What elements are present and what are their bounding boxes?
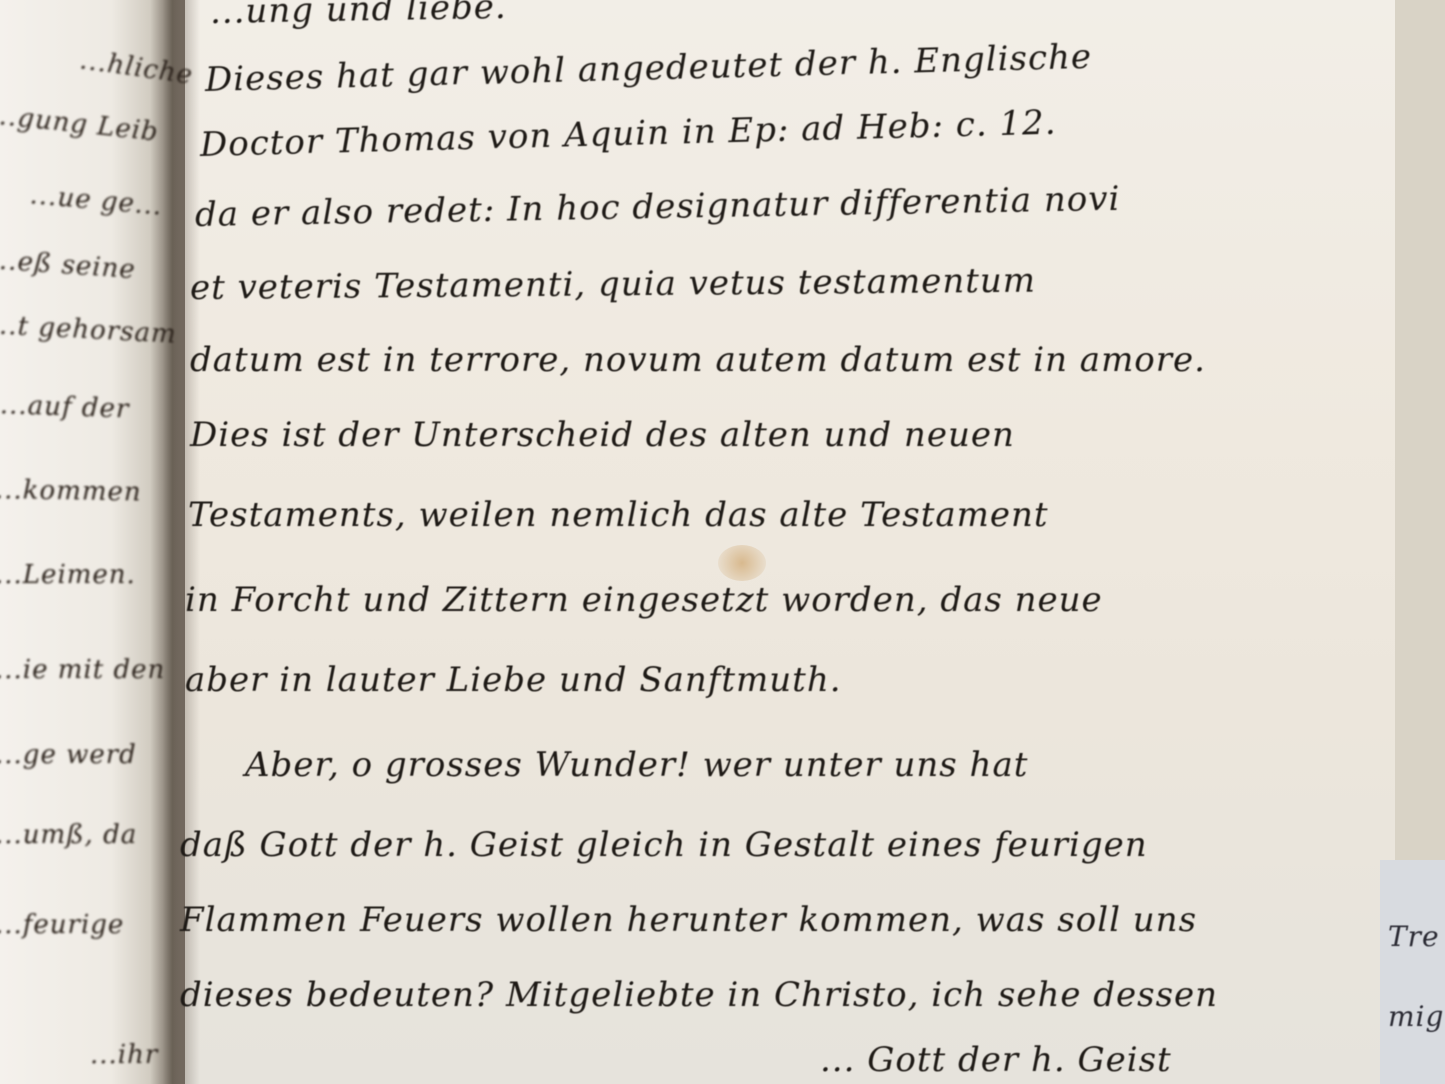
- left-page-line: ...kommen: [0, 475, 142, 508]
- manuscript-line: Dies ist der Unterscheid des alten und n…: [190, 415, 1015, 455]
- manuscript-line: et veteris Testamenti, quia vetus testam…: [190, 261, 1036, 308]
- manuscript-line: dieses bedeuten? Mitgeliebte in Christo,…: [180, 975, 1218, 1015]
- left-page-line: ...feurige: [0, 910, 124, 940]
- manuscript-line: Aber, o grosses Wunder! wer unter uns ha…: [245, 745, 1028, 785]
- left-page-line: ...ie mit den: [0, 655, 165, 685]
- ink-stain: [718, 545, 766, 581]
- next-page-line: mig: [1388, 1000, 1444, 1033]
- left-page-line: ...Leimen.: [0, 560, 136, 590]
- manuscript-line: Testaments, weilen nemlich das alte Test…: [188, 495, 1049, 535]
- manuscript-line: daß Gott der h. Geist gleich in Gestalt …: [180, 825, 1148, 865]
- next-page-edge: [1380, 860, 1445, 1084]
- manuscript-line: ... Gott der h. Geist: [820, 1040, 1172, 1080]
- left-page-line: ...auf der: [0, 390, 130, 424]
- manuscript-line: datum est in terrore, novum autem datum …: [190, 340, 1206, 380]
- manuscript-line: aber in lauter Liebe und Sanftmuth.: [185, 660, 842, 700]
- left-page-line: ...umß, da: [0, 820, 137, 850]
- left-page-line: ...ge werd: [0, 740, 137, 770]
- manuscript-photo: ...ung und liebe. Dieses hat gar wohl an…: [0, 0, 1445, 1084]
- left-page-line: ...ihr: [90, 1040, 158, 1070]
- manuscript-line: Flammen Feuers wollen herunter kommen, w…: [180, 900, 1197, 940]
- next-page-line: Tre: [1388, 920, 1440, 953]
- manuscript-line: in Forcht und Zittern eingesetzt worden,…: [185, 580, 1103, 620]
- manuscript-line: ...ung und liebe.: [210, 0, 507, 32]
